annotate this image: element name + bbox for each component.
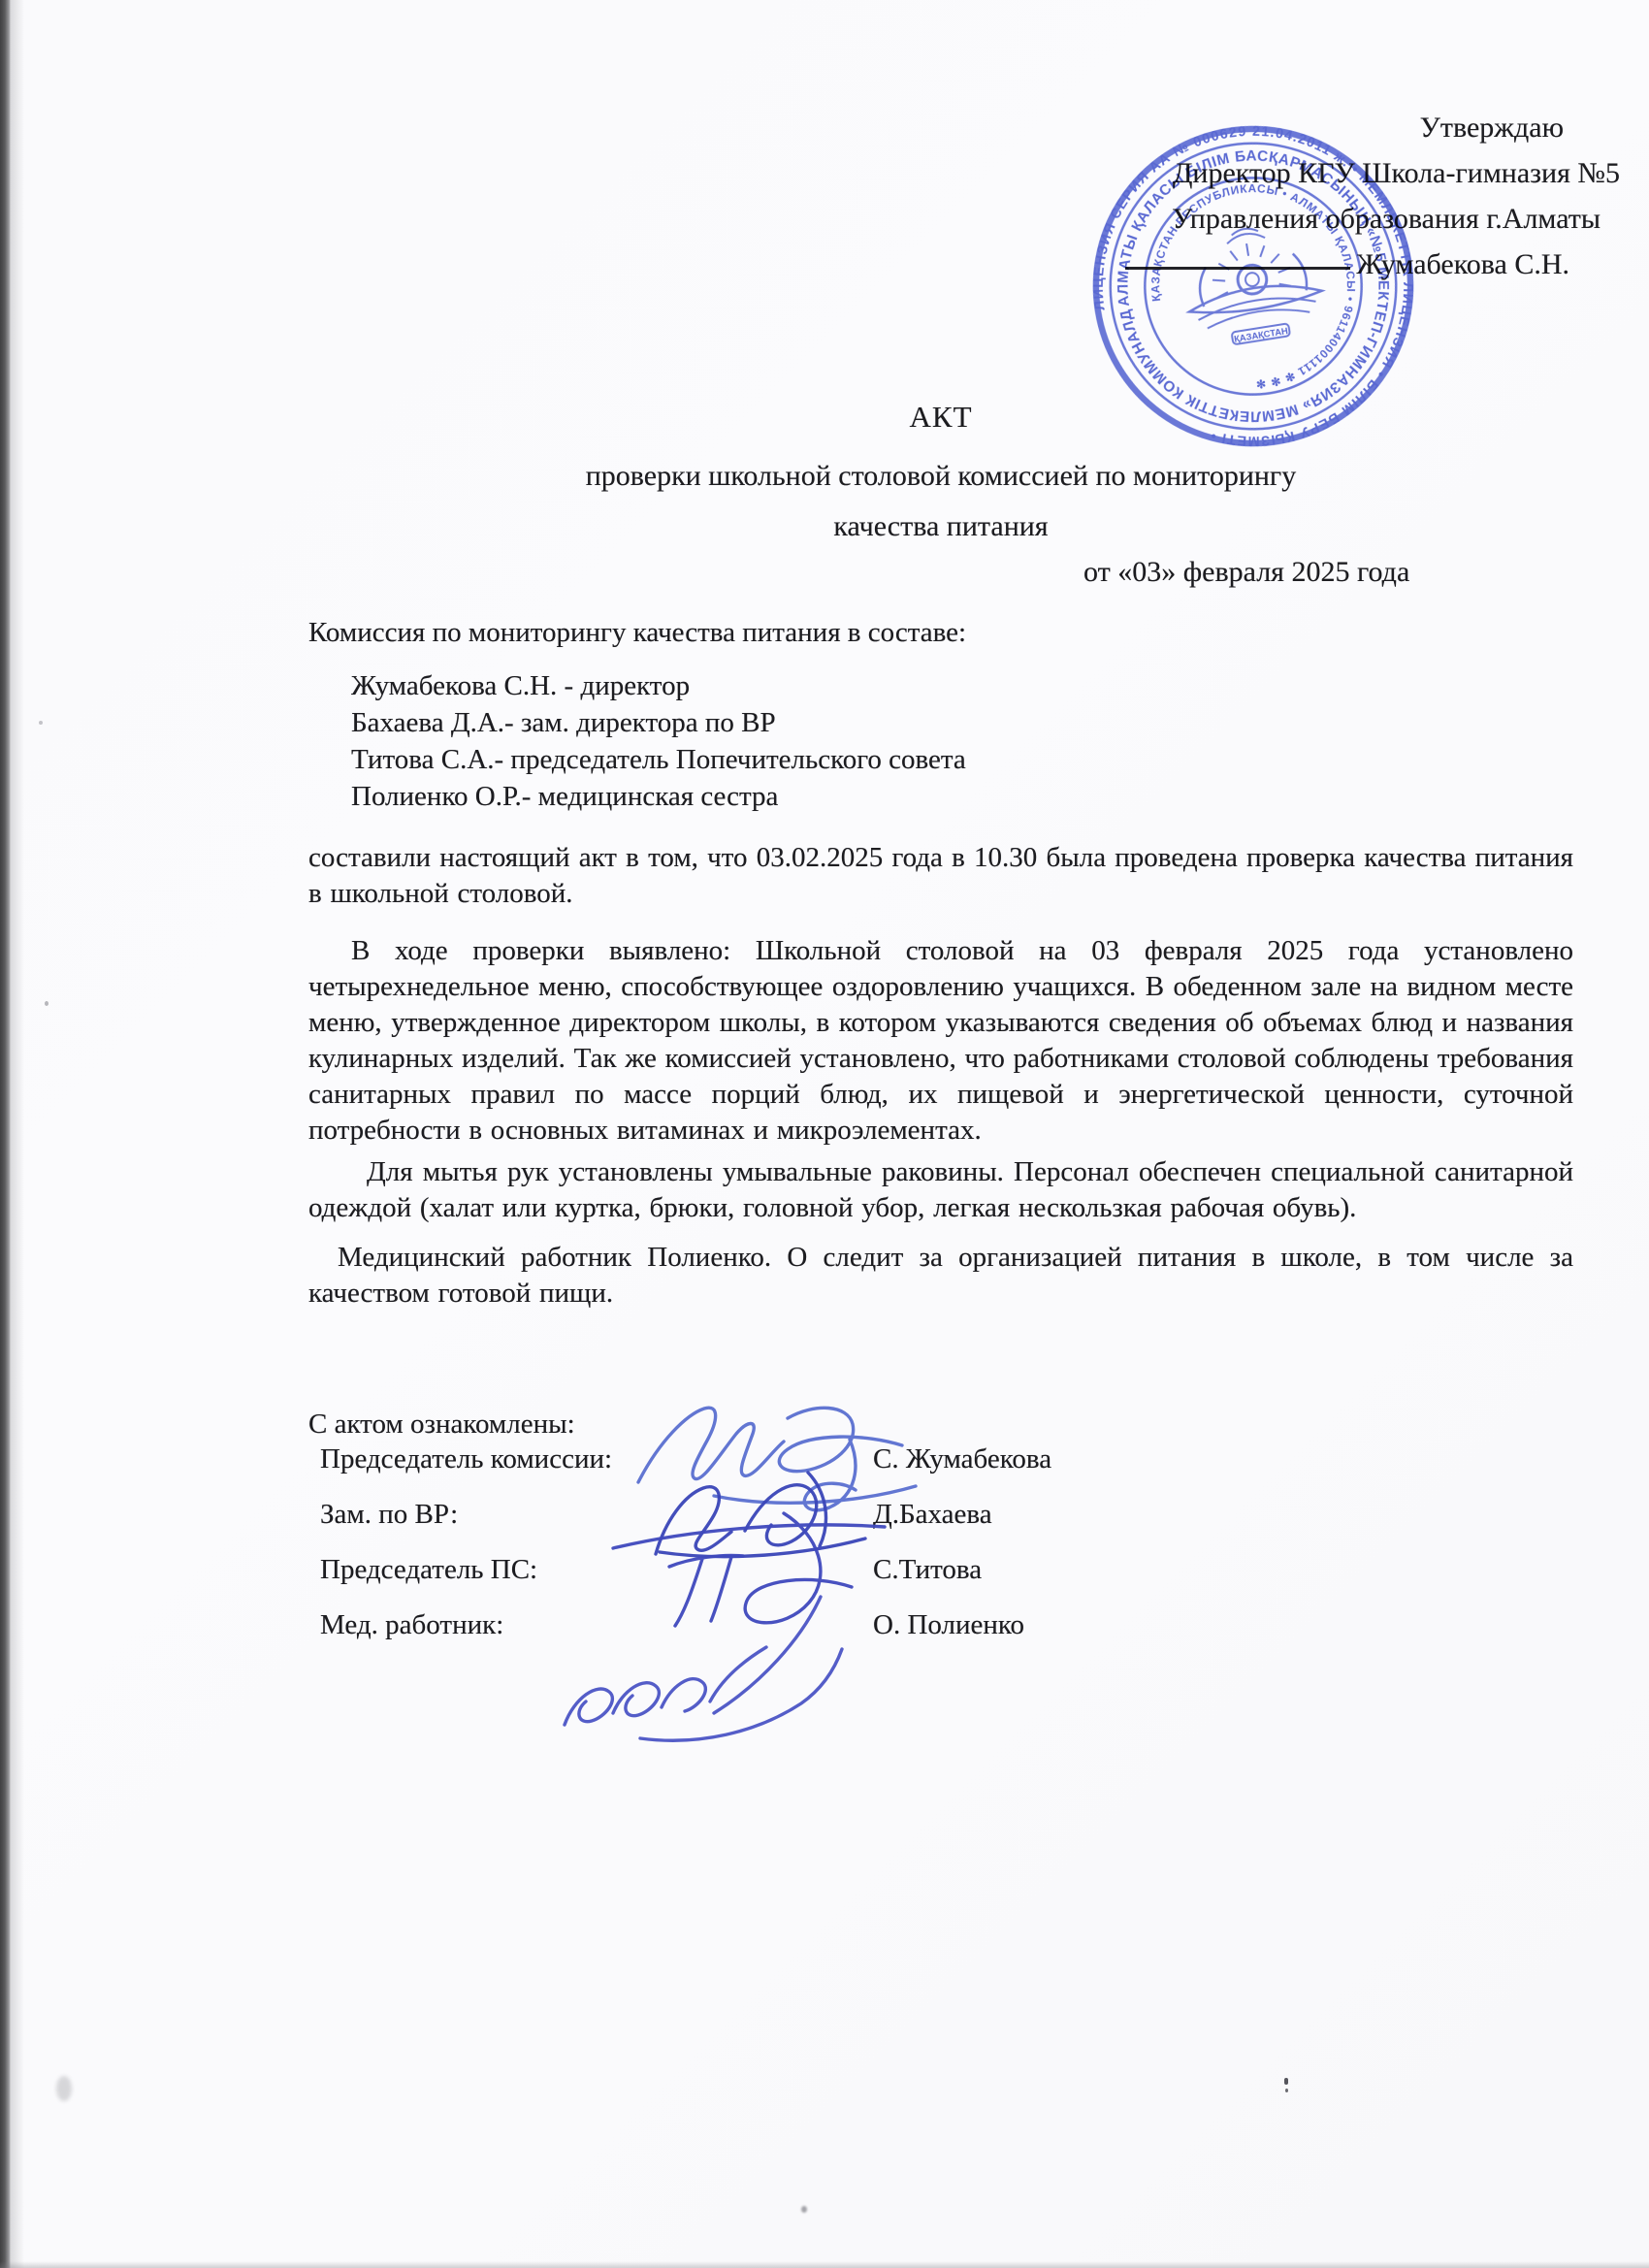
scan-speck	[801, 2206, 807, 2213]
scan-edge-shadow	[11, 0, 24, 2268]
signature-bakhaeva-icon	[656, 1473, 865, 1557]
commission-member: Бахаева Д.А.- зам. директора по ВР	[351, 704, 966, 741]
scan-speck	[1285, 2089, 1288, 2092]
signature-row-label: Мед. работник:	[320, 1609, 503, 1641]
body-paragraph: Для мытья рук установлены умывальные рак…	[308, 1154, 1573, 1226]
commission-intro: Комиссия по мониторингу качества питания…	[308, 617, 966, 649]
commission-member: Титова С.А.- председатель Попечительског…	[351, 741, 966, 778]
commission-member: Жумабекова С.Н. - директор	[351, 667, 966, 704]
body-paragraph: В ходе проверки выявлено: Школьной столо…	[308, 933, 1573, 1149]
scan-bottom-shadow	[0, 2261, 1649, 2268]
scanned-document-page: Утверждаю Директор КГУ Школа-гимназия №5…	[0, 0, 1649, 2268]
scan-speck	[1284, 2078, 1288, 2085]
signature-row-label: Зам. по ВР:	[320, 1499, 458, 1531]
body-paragraph: составили настоящий акт в том, что 03.02…	[308, 840, 1573, 912]
scan-speck	[39, 721, 43, 725]
signature-row-label: Председатель ПС:	[320, 1554, 537, 1586]
document-title: АКТ	[308, 400, 1573, 435]
signature-polienko-icon	[565, 1597, 842, 1740]
signature-titova-icon	[613, 1513, 885, 1626]
document-subtitle-1: проверки школьной столовой комиссией по …	[308, 460, 1573, 493]
signature-zhumabekova-icon	[638, 1408, 916, 1510]
document-subtitle-2: качества питания	[308, 510, 1573, 543]
scan-speck	[45, 1001, 48, 1006]
body-paragraph: Медицинский работник Полиенко. О следит …	[308, 1240, 1573, 1312]
scan-smudge	[56, 2076, 72, 2101]
scan-edge-strip	[0, 0, 11, 2268]
document-date: от «03» февраля 2025 года	[1083, 556, 1409, 589]
commission-members-list: Жумабекова С.Н. - директор Бахаева Д.А.-…	[351, 667, 966, 815]
handwritten-signatures	[524, 1368, 1067, 1775]
commission-member: Полиенко О.Р.- медицинская сестра	[351, 778, 966, 815]
